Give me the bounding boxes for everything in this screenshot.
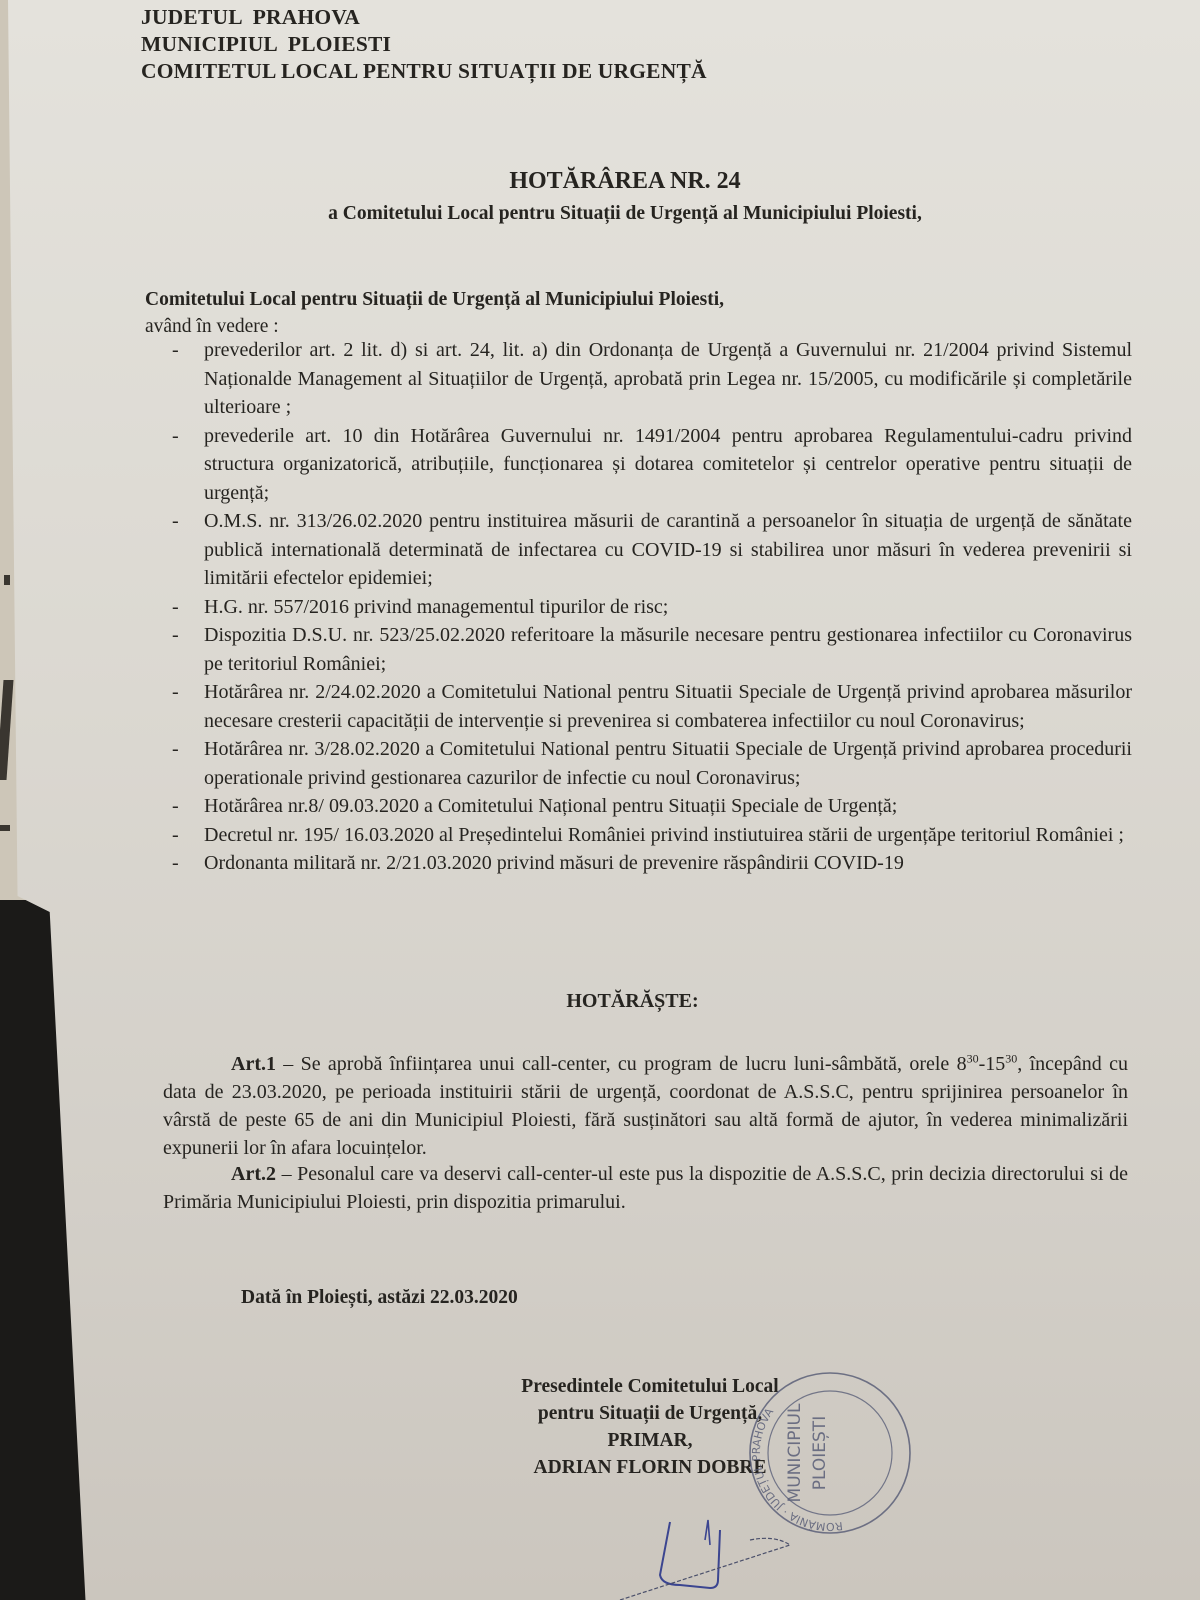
consideration-item: -prevederile art. 10 din Hotărârea Guver… bbox=[172, 422, 1132, 508]
bullet-dash-icon: - bbox=[172, 422, 179, 451]
article-1-label: Art.1 bbox=[231, 1053, 276, 1075]
svg-text:PLOIEȘTI: PLOIEȘTI bbox=[810, 1416, 830, 1490]
consideration-item: -Hotărârea nr. 2/24.02.2020 a Comitetulu… bbox=[172, 678, 1132, 735]
header-municipality: MUNICIPIUL PLOIESTI bbox=[141, 31, 707, 58]
document: JUDETUL PRAHOVA MUNICIPIUL PLOIESTI COMI… bbox=[0, 0, 1200, 1600]
bullet-dash-icon: - bbox=[172, 336, 179, 365]
header-county: JUDETUL PRAHOVA bbox=[141, 4, 707, 31]
svg-text:MUNICIPIUL: MUNICIPIUL bbox=[785, 1403, 805, 1502]
bullet-dash-icon: - bbox=[172, 621, 179, 650]
consideration-item: -Ordonanta militară nr. 2/21.03.2020 pri… bbox=[172, 849, 1132, 878]
consideration-item: -H.G. nr. 557/2016 privind managementul … bbox=[172, 593, 1132, 622]
decides-heading: HOTĂRĂȘTE: bbox=[0, 990, 1200, 1013]
consideration-item: -Dispozitia D.S.U. nr. 523/25.02.2020 re… bbox=[172, 621, 1132, 678]
consideration-item: -prevederilor art. 2 lit. d) si art. 24,… bbox=[172, 336, 1132, 422]
bullet-dash-icon: - bbox=[172, 735, 179, 764]
bullet-dash-icon: - bbox=[172, 792, 179, 821]
article-2: Art.2 – Pesonalul care va deservi call-c… bbox=[163, 1160, 1128, 1216]
handwritten-signature-icon bbox=[600, 1500, 920, 1600]
article-2-label: Art.2 bbox=[231, 1163, 276, 1185]
bullet-dash-icon: - bbox=[172, 821, 179, 850]
considerations-list: -prevederilor art. 2 lit. d) si art. 24,… bbox=[172, 336, 1132, 878]
intro-considering: având în vedere : bbox=[145, 316, 279, 338]
consideration-item: -Hotărârea nr. 3/28.02.2020 a Comitetulu… bbox=[172, 735, 1132, 792]
intro-committee: Comitetului Local pentru Situații de Urg… bbox=[145, 289, 724, 311]
document-title: HOTĂRÂREA NR. 24 bbox=[0, 168, 1200, 195]
bullet-dash-icon: - bbox=[172, 678, 179, 707]
bullet-dash-icon: - bbox=[172, 507, 179, 536]
issuer-header: JUDETUL PRAHOVA MUNICIPIUL PLOIESTI COMI… bbox=[141, 4, 707, 85]
header-committee: COMITETUL LOCAL PENTRU SITUAȚII DE URGEN… bbox=[141, 58, 707, 85]
consideration-item: -O.M.S. nr. 313/26.02.2020 pentru instit… bbox=[172, 507, 1132, 593]
article-1: Art.1 – Se aprobă înființarea unui call-… bbox=[163, 1050, 1128, 1162]
date-place: Dată în Ploiești, astăzi 22.03.2020 bbox=[241, 1287, 518, 1309]
bullet-dash-icon: - bbox=[172, 849, 179, 878]
consideration-item: -Hotărârea nr.8/ 09.03.2020 a Comitetulu… bbox=[172, 792, 1132, 821]
document-subtitle: a Comitetului Local pentru Situații de U… bbox=[0, 203, 1200, 225]
bullet-dash-icon: - bbox=[172, 593, 179, 622]
consideration-item: -Decretul nr. 195/ 16.03.2020 al Președi… bbox=[172, 821, 1132, 850]
